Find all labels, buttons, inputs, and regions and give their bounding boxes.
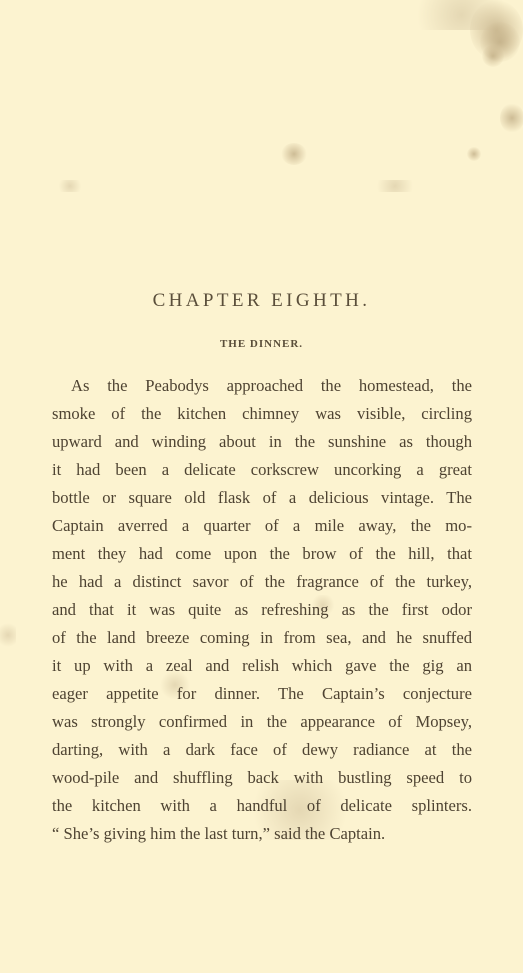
text-line: it had been a delicate corkscrew uncorki… <box>52 456 472 484</box>
text-line: he had a distinct savor of the fragrance… <box>52 568 472 596</box>
text-line: smoke of the kitchen chimney was visible… <box>52 400 472 428</box>
foxing-speckle <box>0 620 16 650</box>
body-paragraph: As the Peabodys approached the homestead… <box>52 372 472 848</box>
text-line: wood-pile and shuffling back with bustli… <box>52 764 472 792</box>
text-line: As the Peabodys approached the homestead… <box>52 372 472 400</box>
text-line: Captain averred a quarter of a mile away… <box>52 512 472 540</box>
foxing-spot <box>281 143 307 165</box>
foxing-speckle <box>400 0 523 30</box>
chapter-subtitle: THE DINNER. <box>0 338 523 350</box>
foxing-speckle <box>55 180 85 192</box>
text-line: of the land breeze coming in from sea, a… <box>52 624 472 652</box>
foxing-spot <box>467 147 481 161</box>
text-line: upward and winding about in the sunshine… <box>52 428 472 456</box>
text-line: was strongly confirmed in the appearance… <box>52 708 472 736</box>
text-line: it up with a zeal and relish which gave … <box>52 652 472 680</box>
text-line: the kitchen with a handful of delicate s… <box>52 792 472 820</box>
foxing-spot <box>500 103 523 133</box>
chapter-title: CHAPTER EIGHTH. <box>0 290 523 312</box>
text-line: darting, with a dark face of dewy radian… <box>52 736 472 764</box>
foxing-speckle <box>370 180 420 192</box>
book-page: CHAPTER EIGHTH. THE DINNER. As the Peabo… <box>0 0 523 973</box>
text-line: eager appetite for dinner. The Captain’s… <box>52 680 472 708</box>
text-line: “ She’s giving him the last turn,” said … <box>52 820 472 848</box>
text-line: and that it was quite as refreshing as t… <box>52 596 472 624</box>
foxing-spot <box>482 45 504 67</box>
text-line: bottle or square old flask of a deliciou… <box>52 484 472 512</box>
text-line: ment they had come upon the brow of the … <box>52 540 472 568</box>
